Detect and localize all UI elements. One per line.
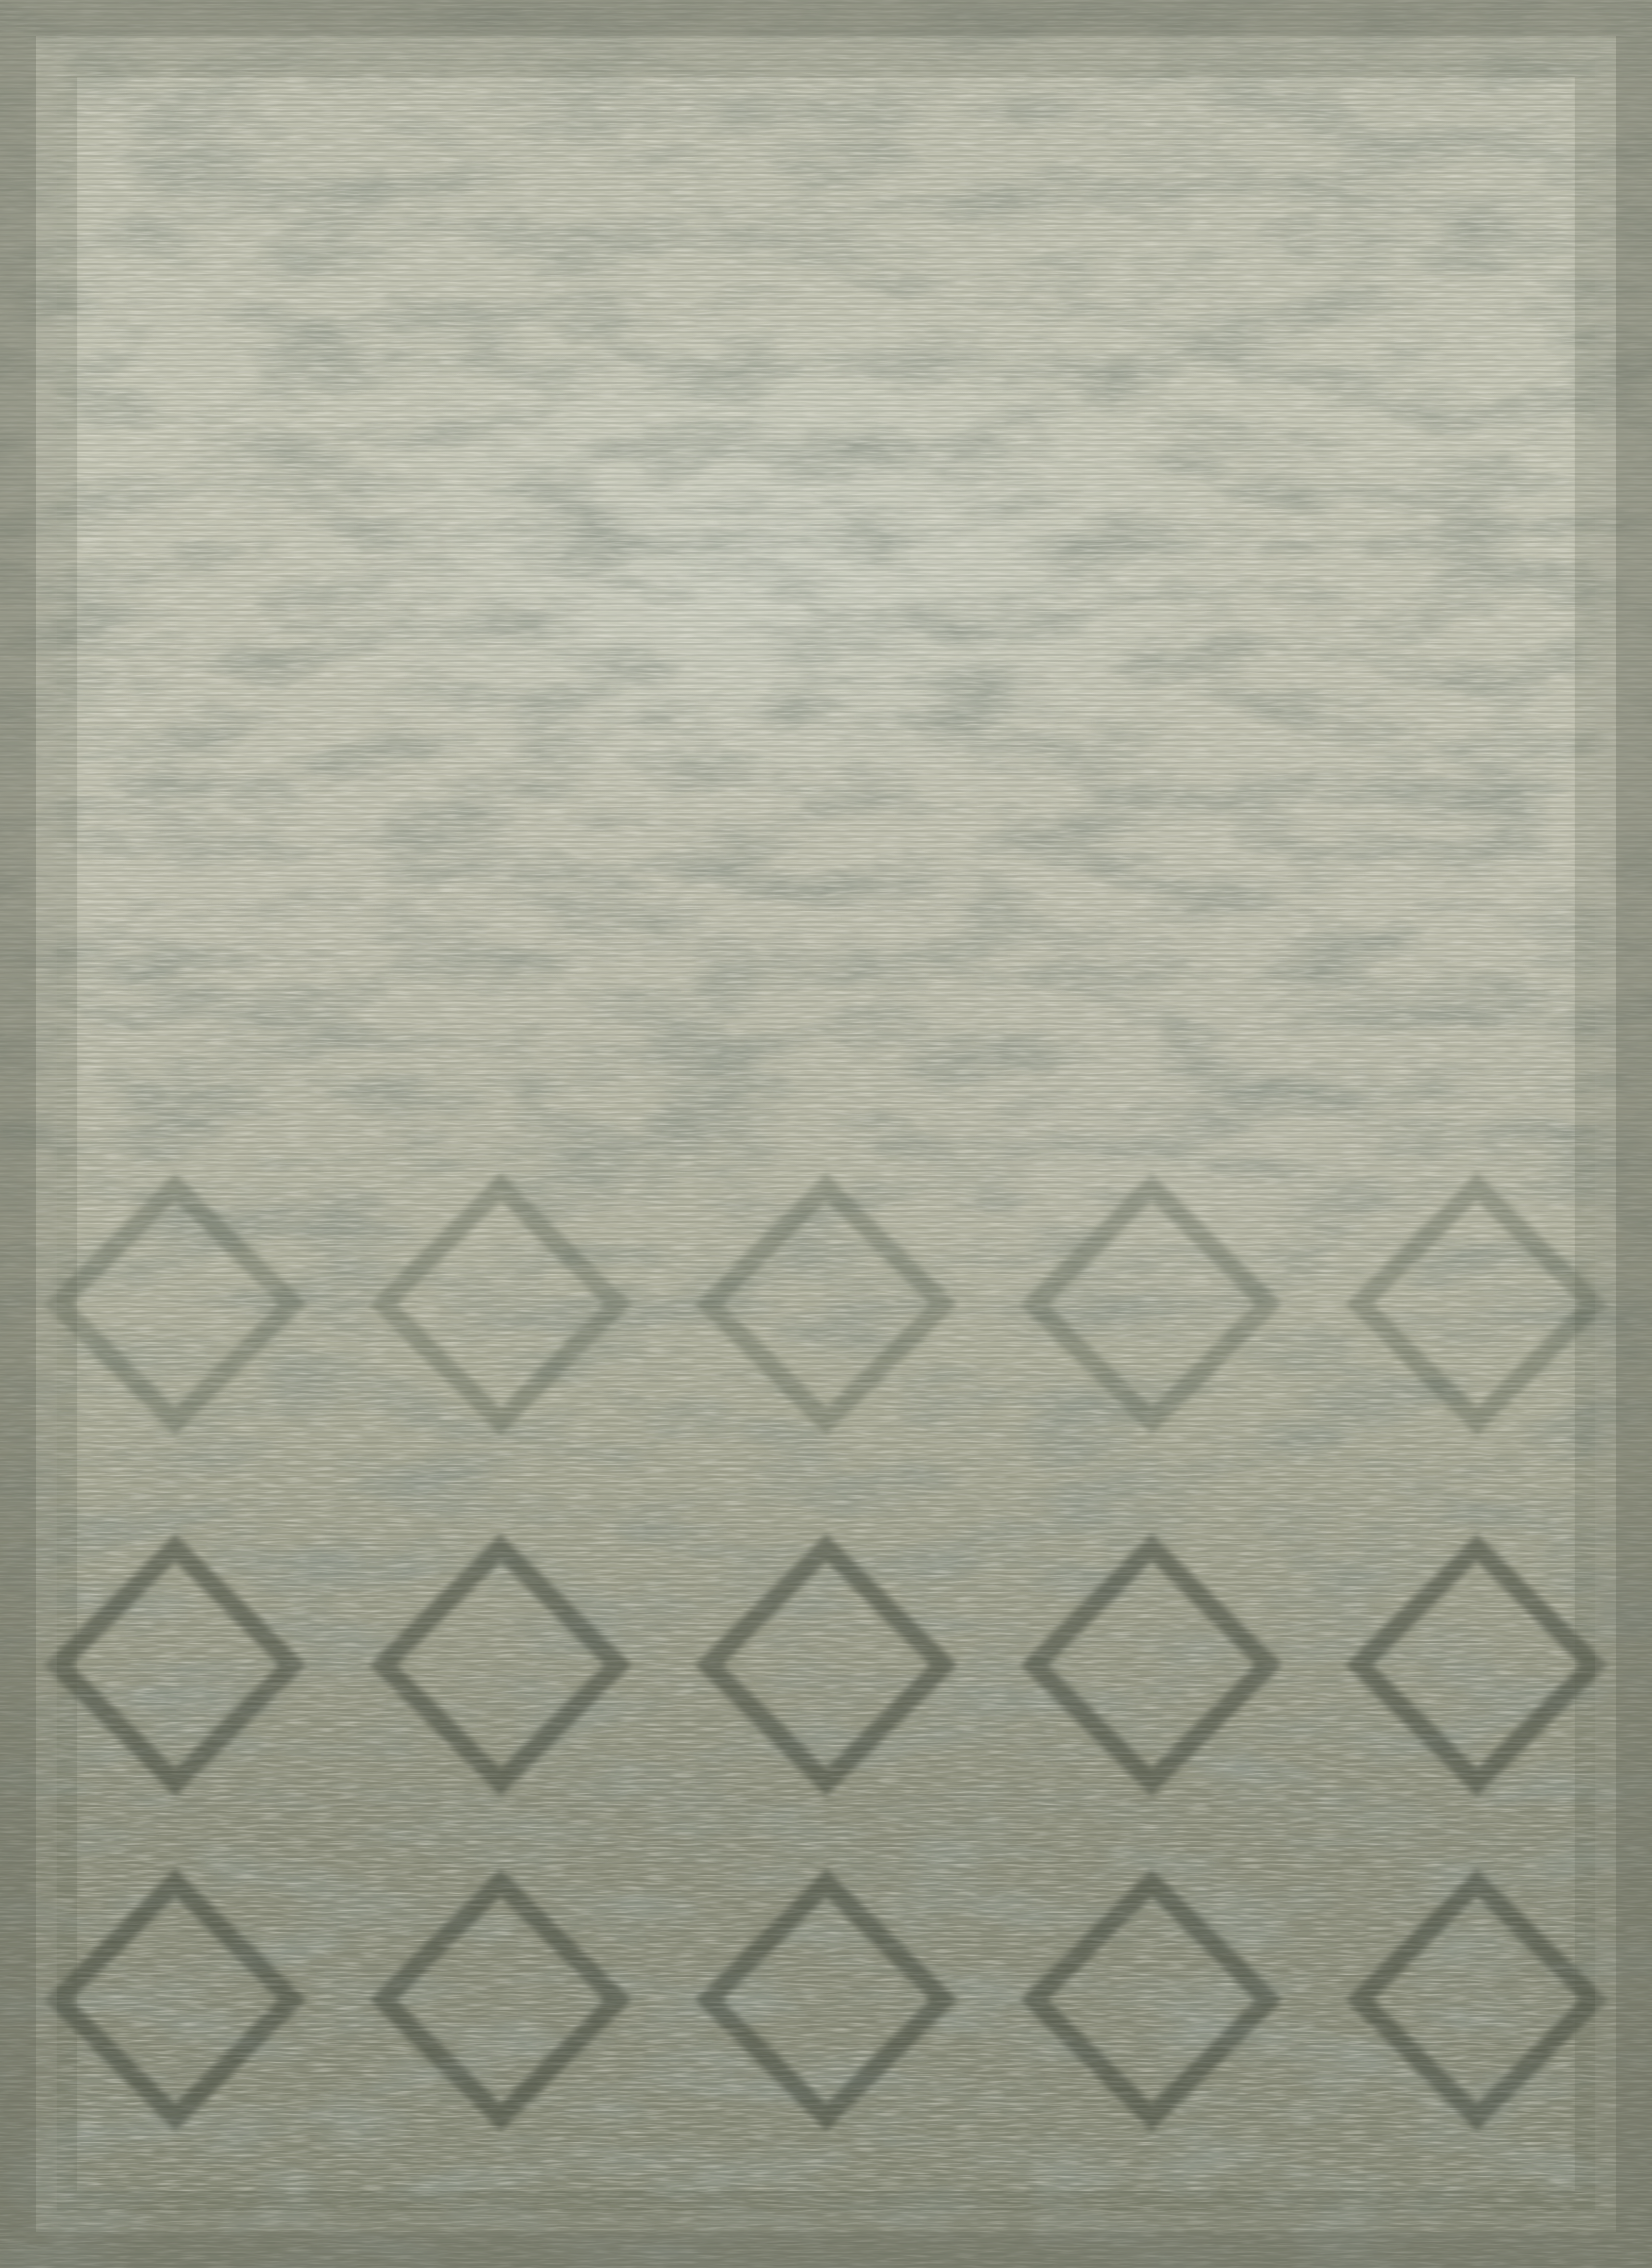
rug-photo: Distressed vintage-style area rug, top-d… [0,0,1652,2268]
rug-border [0,0,1652,2268]
